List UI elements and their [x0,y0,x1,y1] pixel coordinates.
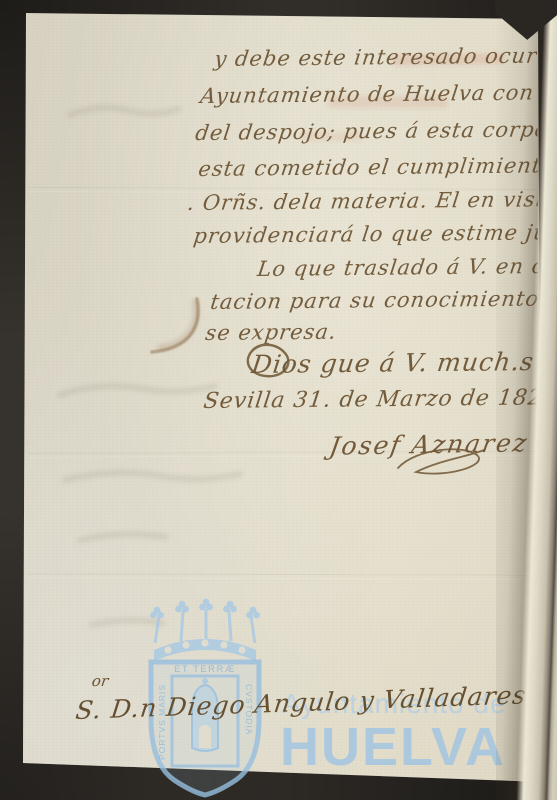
manuscript-text-layer: y debe este interesado ocurrir al mism A… [0,0,557,800]
scanned-manuscript-page: ET TERRÆ PORTVS MARIS CVSTODIA Ayuntamie… [0,0,557,800]
page-fold-edge [496,13,557,800]
addressee-superscript: or [91,672,110,690]
pen-flourishes [0,0,557,800]
